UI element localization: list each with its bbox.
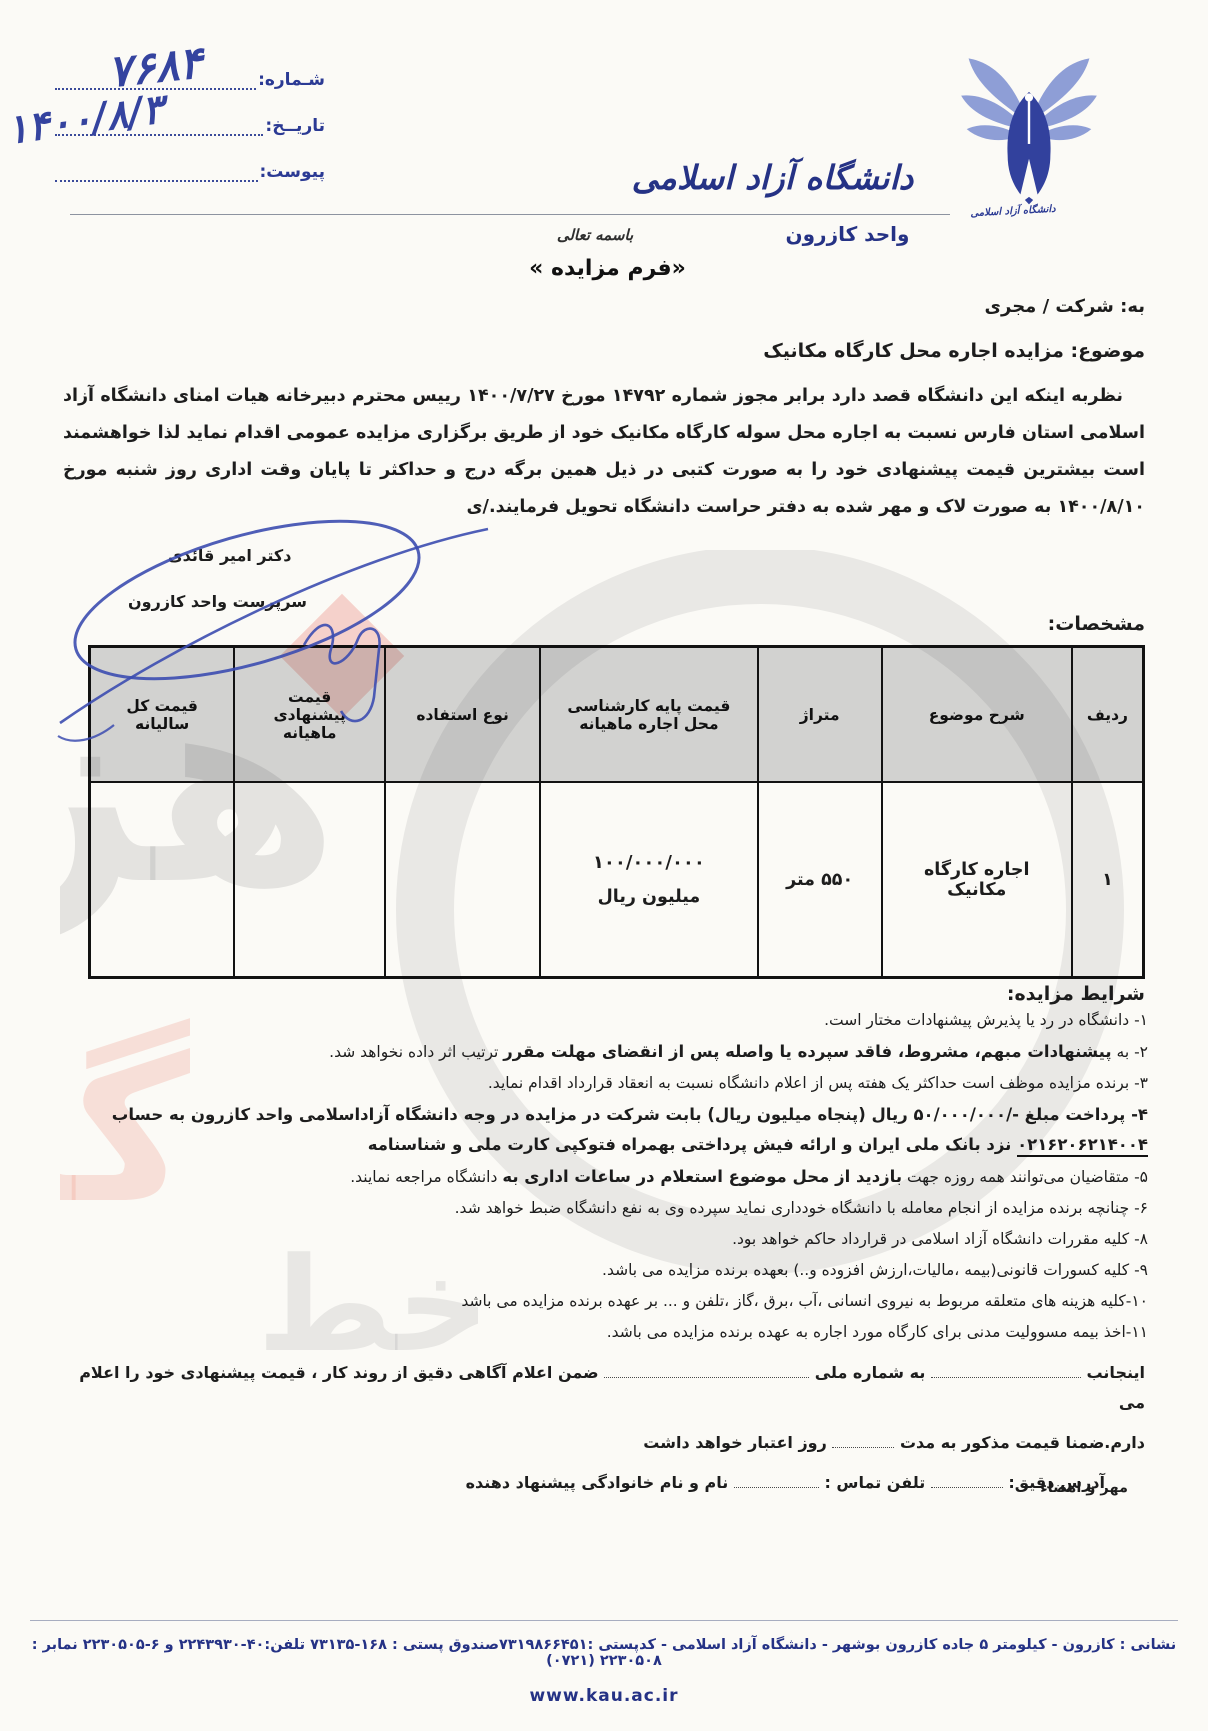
cell-subject: اجاره کارگاه مکانیک <box>882 782 1072 978</box>
phone-blank <box>734 1472 819 1488</box>
declaration-line-2: دارم.ضمنا قیمت مذکور به مدت روز اعتبار خ… <box>63 1428 1145 1458</box>
condition-item-6: ۶- چنانچه برنده مزایده از انجام معامله ب… <box>58 1194 1148 1223</box>
col-header-subject: شرح موضوع <box>882 647 1072 783</box>
specs-data-row: ۱ اجاره کارگاه مکانیک ۵۵۰ متر ۱۰۰/۰۰۰/۰۰… <box>90 782 1144 978</box>
cell-base-price: ۱۰۰/۰۰۰/۰۰۰ میلیون ریال <box>540 782 758 978</box>
condition-item-9: ۹- کلیه کسورات قانونی(بیمه ،مالیات،ارزش … <box>58 1256 1148 1285</box>
cell-annual-empty <box>90 782 235 978</box>
bank-account-number: ۰۲۱۶۲۰۶۲۱۴۰۰۴ <box>1017 1135 1148 1157</box>
bismillah-text: باسمه تعالی <box>530 226 660 244</box>
azad-university-emblem-icon <box>950 50 1108 210</box>
declaration-line-3: آدرس دقیق: تلفن تماس : نام و نام خانوادگ… <box>63 1468 1105 1498</box>
col-header-base-price: قیمت پایه کارشناسی محل اجاره ماهیانه <box>540 647 758 783</box>
condition-item-5: ۵- متقاضیان می‌توانند همه روزه جهت بازدی… <box>58 1162 1148 1192</box>
university-name-calligraphy: دانشگاه آزاد اسلامی <box>600 158 945 197</box>
scanned-auction-form-page: هزاره گستران خط شـماره: تاریــخ: پیوست: … <box>0 0 1208 1731</box>
attachment-dotted-line <box>55 165 258 182</box>
subject-line: موضوع: مزایده اجاره محل کارگاه مکانیک <box>763 340 1145 362</box>
condition-item-1: ۱- دانشگاه در رد یا پذیرش پیشنهادات مختا… <box>58 1006 1148 1035</box>
date-label: تاریــخ: <box>265 116 325 136</box>
number-label: شـماره: <box>258 70 325 90</box>
footer-address: نشانی : کازرون - کیلومتر ۵ جاده کازرون ب… <box>0 1637 1208 1669</box>
cell-area: ۵۵۰ متر <box>758 782 882 978</box>
conditions-heading: شرایط مزایده: <box>1007 983 1145 1005</box>
specs-heading: مشخصات: <box>1048 613 1145 635</box>
footer-website: www.kau.ac.ir <box>0 1686 1208 1706</box>
condition-item-4: ۴- پرداخت مبلغ -/۵۰/۰۰۰/۰۰۰ ریال (پنجاه … <box>58 1100 1148 1160</box>
condition-item-10: ۱۰-کلیه هزینه های متعلقه مربوط به نیروی … <box>58 1287 1148 1316</box>
cell-radif: ۱ <box>1072 782 1144 978</box>
bidder-declaration: اینجانب به شماره ملی ضمن اعلام آگاهی دقی… <box>63 1358 1145 1508</box>
col-header-area: متراژ <box>758 647 882 783</box>
footer-divider-line <box>30 1620 1178 1621</box>
attachment-label: پیوست: <box>260 162 326 182</box>
condition-item-8: ۸- کلیه مقررات دانشگاه آزاد اسلامی در قر… <box>58 1225 1148 1254</box>
base-price-amount: ۱۰۰/۰۰۰/۰۰۰ <box>551 852 747 873</box>
conditions-list: ۱- دانشگاه در رد یا پذیرش پیشنهادات مختا… <box>58 1006 1148 1349</box>
condition-item-11: ۱۱-اخذ بیمه مسوولیت مدنی برای کارگاه مور… <box>58 1318 1148 1347</box>
validity-days-blank <box>832 1432 894 1448</box>
handwritten-signature <box>52 495 507 750</box>
form-title: «فرم مزایده » <box>500 256 715 281</box>
condition-item-2: ۲- به پیشنهادات مبهم، مشروط، فاقد سپرده … <box>58 1037 1148 1067</box>
bidder-name-blank <box>931 1362 1081 1378</box>
national-id-blank <box>604 1362 809 1378</box>
condition-item-3: ۳- برنده مزایده موظف است حداکثر یک هفته … <box>58 1069 1148 1098</box>
recipient-line: به: شرکت / مجری <box>985 296 1145 317</box>
header-divider-line <box>70 214 950 215</box>
address-blank <box>931 1472 1003 1488</box>
meta-row-attachment: پیوست: <box>55 162 325 182</box>
declaration-line-1: اینجانب به شماره ملی ضمن اعلام آگاهی دقی… <box>63 1358 1145 1418</box>
col-header-radif: ردیف <box>1072 647 1144 783</box>
cell-usage-empty <box>385 782 540 978</box>
branch-name: واحد کازرون <box>735 222 960 246</box>
base-price-unit: میلیون ریال <box>551 887 747 907</box>
cell-proposed-empty <box>234 782 385 978</box>
